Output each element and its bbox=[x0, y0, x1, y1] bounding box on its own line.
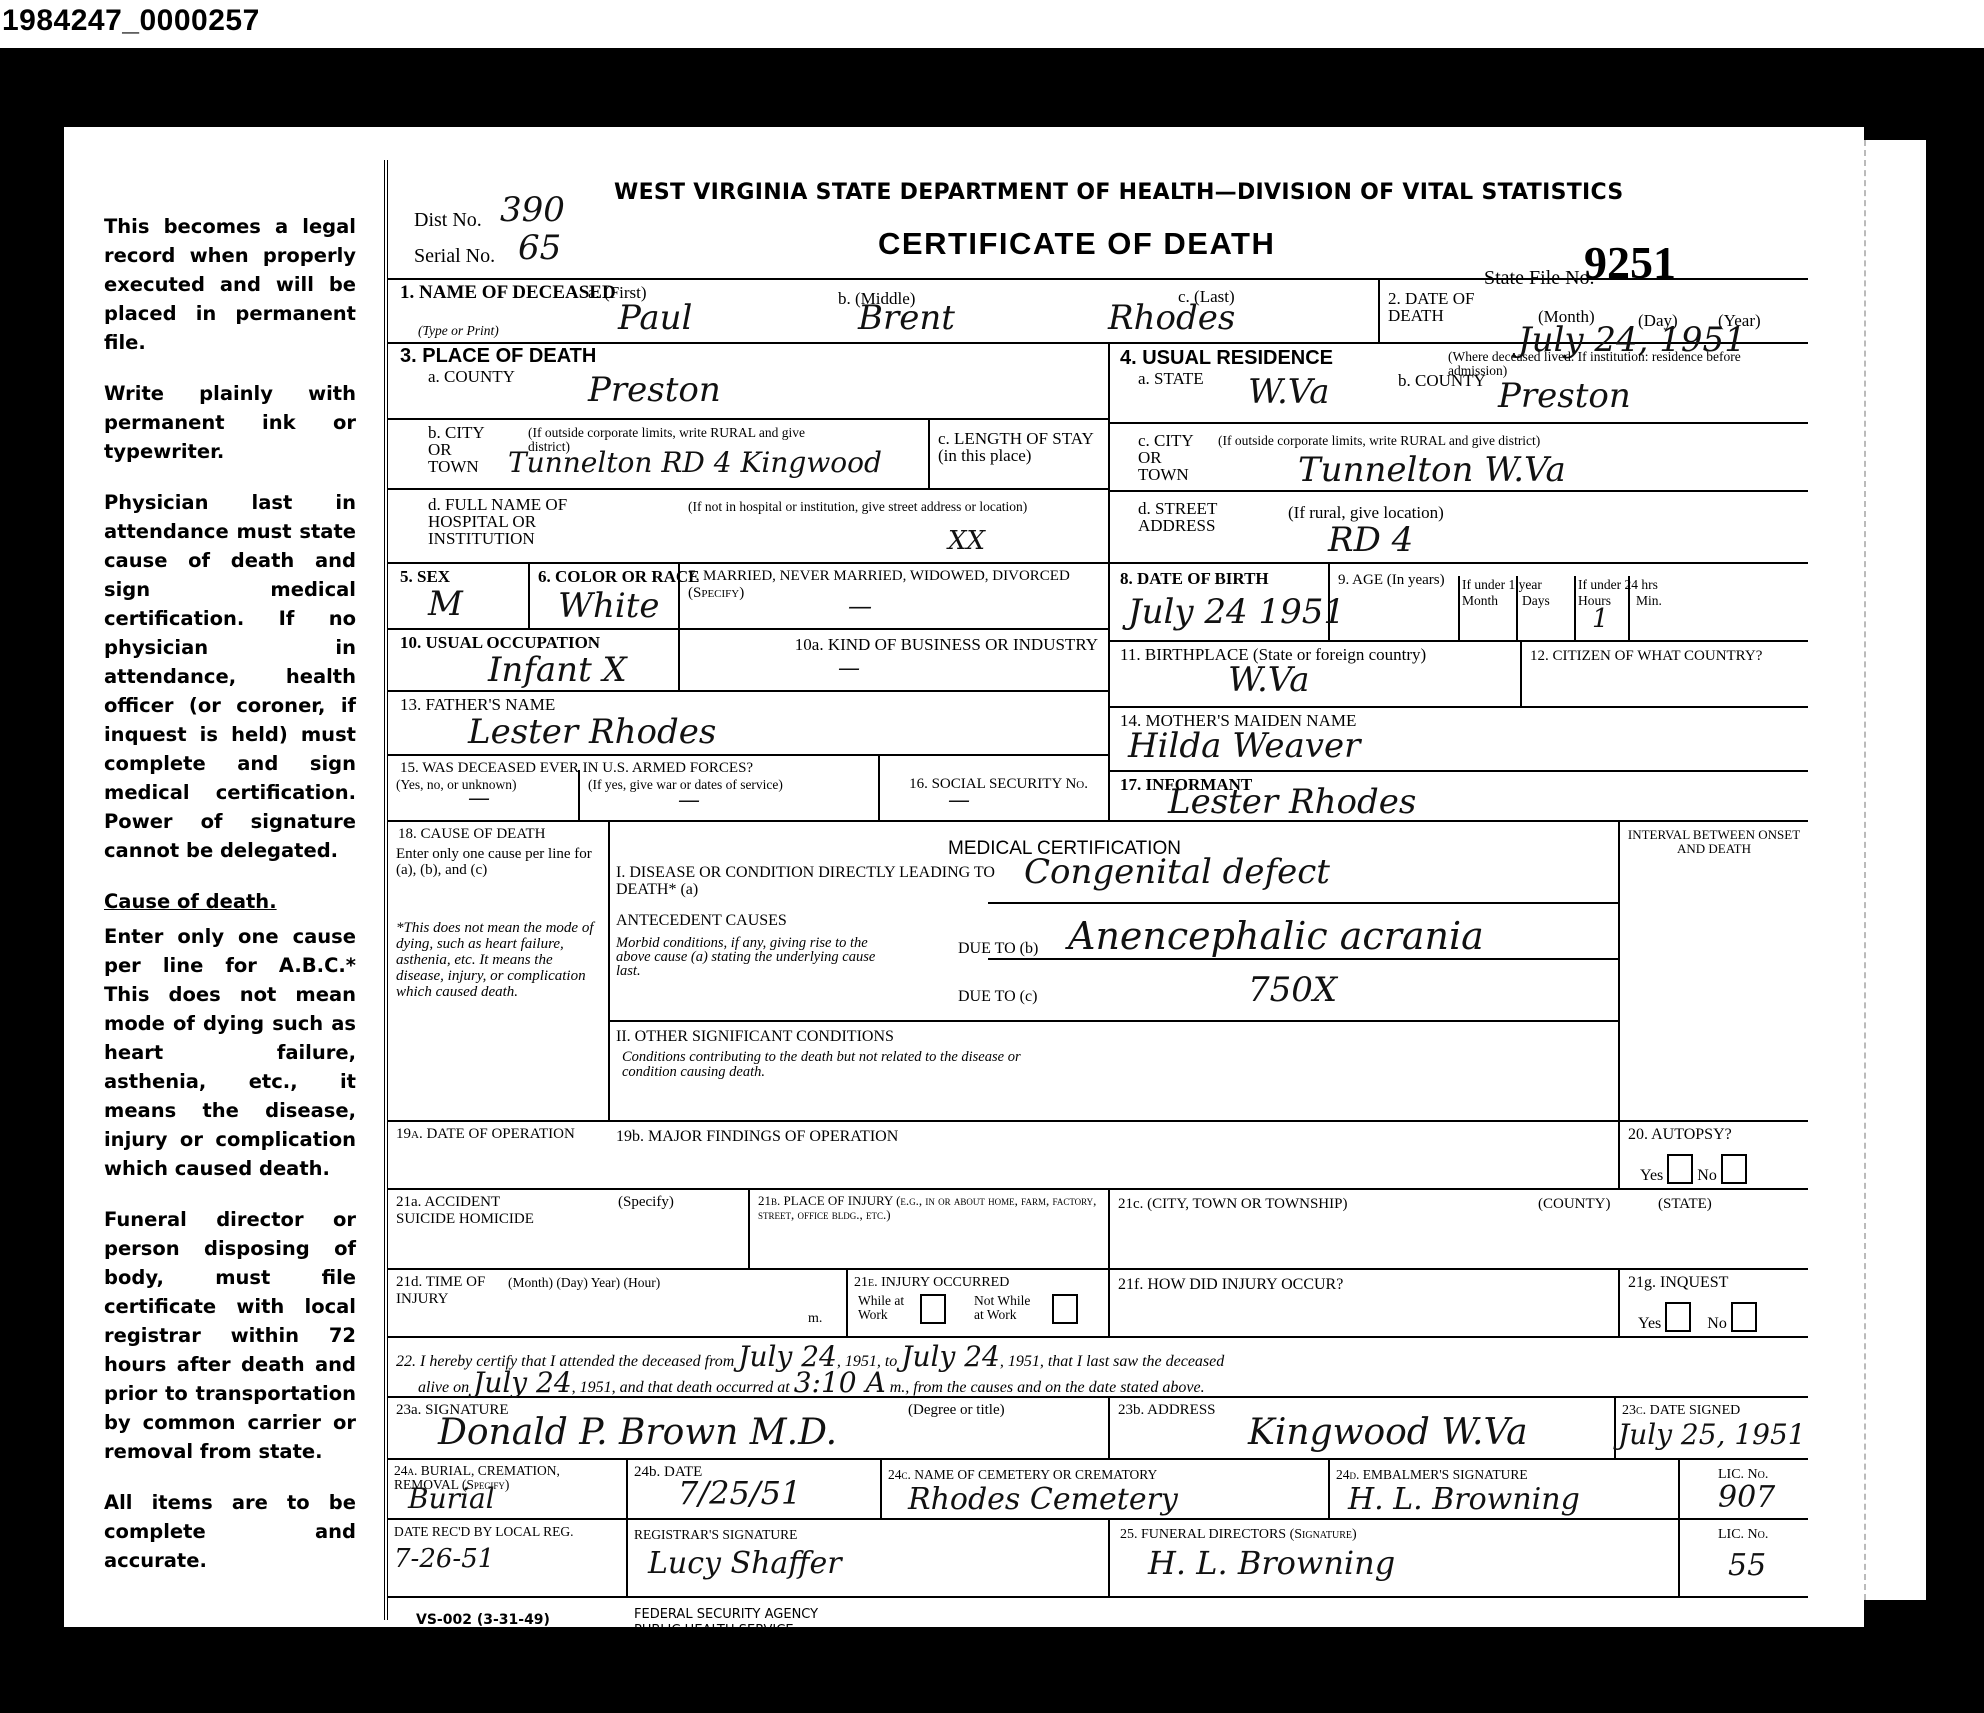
residence-county: Preston bbox=[1498, 376, 1631, 416]
f9-label: 9. AGE (In years) bbox=[1338, 572, 1445, 589]
antecedent-note: Morbid conditions, if any, giving rise t… bbox=[616, 936, 876, 978]
serial-label: Serial No. bbox=[414, 248, 495, 265]
cemetery-name: Rhodes Cemetery bbox=[908, 1482, 1178, 1517]
burial-date: 7/25/51 bbox=[678, 1474, 801, 1512]
disposition-value: Burial bbox=[408, 1482, 495, 1515]
dist-value: 390 bbox=[500, 190, 565, 230]
f12-label: 12. CITIZEN OF WHAT COUNTRY? bbox=[1530, 648, 1800, 665]
age-min-label: Min. bbox=[1636, 594, 1662, 608]
f21c-county: (COUNTY) bbox=[1538, 1196, 1611, 1213]
death-city-label: b. CITY OR TOWN bbox=[428, 424, 498, 475]
f21d-m: m. bbox=[808, 1310, 822, 1327]
f19b-label: 19b. MAJOR FINDINGS OF OPERATION bbox=[616, 1128, 898, 1145]
f18-note: *This does not mean the mode of dying, s… bbox=[396, 920, 596, 1000]
cause-c-value: 750X bbox=[1248, 970, 1337, 1010]
f23b-label: 23b. ADDRESS bbox=[1118, 1402, 1216, 1419]
birth-date-value: July 24 1951 bbox=[1128, 592, 1345, 632]
while-at-work-label: While at Work bbox=[858, 1294, 918, 1322]
hospital-name: XX bbox=[948, 526, 985, 556]
deceased-first-name: Paul bbox=[618, 298, 692, 338]
f6-label: 6. COLOR OR RACE bbox=[538, 568, 700, 585]
f21g-label: 21g. INQUEST bbox=[1628, 1274, 1728, 1291]
f18-instructions: Enter only one cause per line for (a), (… bbox=[396, 846, 596, 878]
sex-value: M bbox=[428, 584, 463, 624]
service-dates-value: — bbox=[678, 788, 700, 813]
residence-city-note: (If outside corporate limits, write RURA… bbox=[1218, 434, 1540, 448]
f18-label: 18. CAUSE OF DEATH bbox=[398, 826, 546, 843]
funeral-lic-label: LIC. No. bbox=[1718, 1526, 1768, 1543]
cause-b-value: Anencephalic acrania bbox=[1068, 914, 1484, 958]
instruction-physician: Physician last in attendance must state … bbox=[104, 488, 356, 865]
residence-street-note: (If rural, give location) bbox=[1288, 504, 1444, 521]
f10-label: 10. USUAL OCCUPATION bbox=[400, 634, 600, 651]
age-days-label: Days bbox=[1522, 594, 1550, 608]
embalmer-lic-value: 907 bbox=[1718, 1480, 1775, 1515]
f21b-label: 21b. PLACE OF INJURY (e.g., in or about … bbox=[758, 1194, 1103, 1222]
instruction-funeral: Funeral director or person disposing of … bbox=[104, 1205, 356, 1466]
f15-label: 15. WAS DECEASED EVER IN U.S. ARMED FORC… bbox=[400, 760, 753, 777]
death-county-label: a. COUNTY bbox=[428, 368, 515, 385]
mother-name-value: Hilda Weaver bbox=[1128, 726, 1360, 766]
inquest-no-checkbox[interactable] bbox=[1731, 1302, 1757, 1332]
autopsy-yes-checkbox[interactable] bbox=[1667, 1154, 1693, 1184]
f21a-specify: (Specify) bbox=[618, 1194, 674, 1211]
dist-label: Dist No. bbox=[414, 212, 482, 229]
autopsy-no-checkbox[interactable] bbox=[1721, 1154, 1747, 1184]
f8-label: 8. DATE OF BIRTH bbox=[1120, 570, 1269, 587]
age-under-year-label: If under 1 year bbox=[1462, 578, 1542, 592]
f24d-label: 24d. EMBALMER'S SIGNATURE bbox=[1336, 1466, 1528, 1483]
residence-street-label: d. STREET ADDRESS bbox=[1138, 500, 1238, 534]
due-to-b-label: DUE TO (b) bbox=[958, 940, 1038, 957]
paper-edge bbox=[1864, 140, 1926, 1600]
armed-forces-value: — bbox=[468, 786, 490, 811]
state-file-number: 9251 bbox=[1584, 236, 1676, 289]
f2-label: 2. DATE OF DEATH bbox=[1388, 290, 1498, 324]
residence-county-label: b. COUNTY bbox=[1398, 372, 1486, 389]
age-month-label: Month bbox=[1462, 594, 1498, 608]
agency-title: WEST VIRGINIA STATE DEPARTMENT OF HEALTH… bbox=[614, 180, 1624, 205]
f21c-state: (STATE) bbox=[1658, 1196, 1712, 1213]
f15-sub1: (Yes, no, or unknown) bbox=[396, 778, 517, 792]
instruction-legal-record: This becomes a legal record when properl… bbox=[104, 212, 356, 357]
residence-state-label: a. STATE bbox=[1138, 370, 1204, 387]
residence-city: Tunnelton W.Va bbox=[1298, 450, 1566, 490]
f1-sub: (Type or Print) bbox=[418, 324, 499, 338]
last-seen-alive: July 24 bbox=[473, 1366, 572, 1399]
f25-label: 25. FUNERAL DIRECTORS (Signature) bbox=[1120, 1526, 1357, 1543]
cause-a-value: Congenital defect bbox=[1024, 852, 1330, 892]
f16-label: 16. SOCIAL SECURITY No. bbox=[888, 776, 1088, 793]
business-value: — bbox=[838, 656, 860, 681]
f5-label: 5. SEX bbox=[400, 568, 450, 585]
death-certificate-form: Dist No. 390 Serial No. 65 WEST VIRGINIA… bbox=[384, 160, 1824, 1620]
inquest-yes-checkbox[interactable] bbox=[1665, 1302, 1691, 1332]
interval-label: INTERVAL BETWEEN ONSET AND DEATH bbox=[1624, 828, 1804, 856]
stay-label: c. LENGTH OF STAY (in this place) bbox=[938, 430, 1098, 464]
attended-to: July 24 bbox=[901, 1340, 1000, 1373]
date-signed: July 25, 1951 bbox=[1618, 1418, 1806, 1451]
inquest-options: Yes No bbox=[1638, 1302, 1761, 1332]
autopsy-options: YesNo bbox=[1640, 1154, 1751, 1184]
embalmer-signature: H. L. Browning bbox=[1348, 1482, 1580, 1517]
occupation-value: Infant X bbox=[488, 650, 627, 690]
f21d-label: 21d. TIME OF INJURY bbox=[396, 1274, 496, 1308]
physician-address: Kingwood W.Va bbox=[1248, 1412, 1528, 1453]
f21a-label: 21a. ACCIDENT SUICIDE HOMICIDE bbox=[396, 1194, 536, 1228]
death-city: Tunnelton RD 4 Kingwood bbox=[508, 446, 882, 479]
rec-date: 7-26-51 bbox=[394, 1544, 494, 1574]
informant-value: Lester Rhodes bbox=[1168, 782, 1416, 822]
f13-label: 13. FATHER'S NAME bbox=[400, 696, 555, 713]
age-under-day-label: If under 24 hrs bbox=[1578, 578, 1658, 592]
f22-line2: alive on July 24, 1951, and that death o… bbox=[418, 1374, 1205, 1396]
federal-agency: FEDERAL SECURITY AGENCY bbox=[634, 1606, 818, 1623]
form-code: VS-002 (3-31-49) bbox=[416, 1612, 550, 1629]
not-while-at-work-checkbox[interactable] bbox=[1052, 1294, 1078, 1324]
residence-city-label: c. CITY OR TOWN bbox=[1138, 432, 1208, 483]
other-conditions-label: II. OTHER SIGNIFICANT CONDITIONS bbox=[616, 1028, 894, 1045]
public-health-service: PUBLIC HEALTH SERVICE bbox=[634, 1622, 794, 1639]
while-at-work-checkbox[interactable] bbox=[920, 1294, 946, 1324]
not-while-at-work-label: Not While at Work bbox=[974, 1294, 1034, 1322]
due-to-c-label: DUE TO (c) bbox=[958, 988, 1037, 1005]
f24c-label: 24c. NAME OF CEMETERY OR CREMATORY bbox=[888, 1466, 1157, 1483]
serial-value: 65 bbox=[518, 228, 561, 268]
certificate-title: CERTIFICATE OF DEATH bbox=[878, 226, 1275, 262]
residence-street: RD 4 bbox=[1328, 520, 1413, 560]
image-id-label: 1984247_0000257 bbox=[2, 4, 260, 38]
physician-signature: Donald P. Brown M.D. bbox=[438, 1412, 837, 1453]
instruction-write-plainly: Write plainly with permanent ink or type… bbox=[104, 379, 356, 466]
disease-label: I. DISEASE OR CONDITION DIRECTLY LEADING… bbox=[616, 864, 996, 898]
instruction-complete: All items are to be complete and accurat… bbox=[104, 1488, 356, 1575]
f21d-cols: (Month) (Day) Year) (Hour) bbox=[508, 1274, 660, 1291]
antecedent-label: ANTECEDENT CAUSES bbox=[616, 912, 787, 929]
funeral-director-signature: H. L. Browning bbox=[1148, 1544, 1395, 1582]
f21c-label: 21c. (CITY, TOWN OR TOWNSHIP) bbox=[1118, 1196, 1347, 1213]
death-county: Preston bbox=[588, 370, 721, 410]
degree-label: (Degree or title) bbox=[908, 1402, 1005, 1419]
rec-label: DATE REC'D BY LOCAL REG. bbox=[394, 1524, 624, 1540]
instruction-cause-heading: Cause of death. bbox=[104, 887, 356, 916]
race-value: White bbox=[558, 586, 660, 626]
instructions-sidebar: This becomes a legal record when properl… bbox=[104, 212, 356, 1597]
residence-state: W.Va bbox=[1248, 372, 1330, 412]
f1-label: 1. NAME OF DECEASED bbox=[400, 284, 616, 302]
birthplace-value: W.Va bbox=[1228, 660, 1310, 700]
f3-label: 3. PLACE OF DEATH bbox=[400, 348, 596, 365]
other-conditions-note: Conditions contributing to the death but… bbox=[622, 1050, 1022, 1080]
hospital-label: d. FULL NAME OF HOSPITAL OR INSTITUTION bbox=[428, 496, 588, 547]
marital-value: — bbox=[848, 592, 872, 620]
f20-label: 20. AUTOPSY? bbox=[1628, 1126, 1732, 1143]
instruction-cause: Enter only one cause per line for A.B.C.… bbox=[104, 922, 356, 1183]
f23c-label: 23c. DATE SIGNED bbox=[1622, 1402, 1740, 1419]
age-hours-value: 1 bbox=[1592, 604, 1609, 634]
f21e-label: 21e. INJURY OCCURRED bbox=[854, 1274, 1009, 1291]
f4-note: (Where deceased lived. If institution: r… bbox=[1448, 350, 1798, 378]
f10a-label: 10a. KIND OF BUSINESS OR INDUSTRY bbox=[688, 636, 1098, 653]
registrar-label: REGISTRAR'S SIGNATURE bbox=[634, 1526, 797, 1543]
f19a-label: 19a. DATE OF OPERATION bbox=[396, 1126, 596, 1143]
time-of-death: 3:10 A bbox=[794, 1366, 886, 1399]
funeral-lic-value: 55 bbox=[1728, 1548, 1766, 1583]
deceased-last-name: Rhodes bbox=[1108, 298, 1235, 338]
father-name-value: Lester Rhodes bbox=[468, 712, 716, 752]
hospital-note: (If not in hospital or institution, give… bbox=[688, 500, 1088, 514]
f4-label: 4. USUAL RESIDENCE bbox=[1120, 350, 1333, 367]
f7-label: 7. MARRIED, NEVER MARRIED, WIDOWED, DIVO… bbox=[688, 568, 1098, 602]
image-header: 1984247_0000257 bbox=[0, 0, 1984, 48]
ssn-value: — bbox=[948, 788, 970, 813]
f21f-label: 21f. HOW DID INJURY OCCUR? bbox=[1118, 1276, 1343, 1293]
registrar-signature: Lucy Shaffer bbox=[648, 1546, 842, 1581]
deceased-middle-name: Brent bbox=[858, 298, 955, 338]
